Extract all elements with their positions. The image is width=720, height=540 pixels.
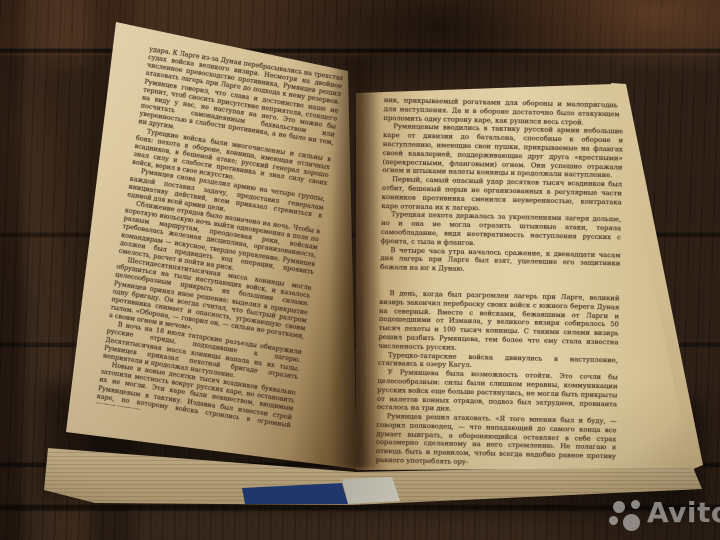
paragraph: Турецкая пехота держалась за укреплениям… (381, 210, 622, 251)
book-gutter-shadow (330, 58, 382, 468)
left-page-text: удара. К Ларге из-за Дуная перебрасывали… (96, 45, 344, 432)
avito-watermark: Avito (600, 492, 720, 536)
avito-logo-dot (609, 516, 618, 525)
avito-watermark-text: Avito (647, 496, 720, 529)
paragraph: Румянцев решил атаковать. «Я того мнения… (376, 412, 617, 470)
paragraph: Румянцевым вводились в тактику русской а… (382, 122, 623, 180)
avito-logo-dot (613, 501, 625, 513)
paragraph: Первый, самый опасный удар десятков тыся… (381, 175, 622, 216)
paragraph: У Румянцева была возможность отойти. Это… (377, 368, 618, 417)
photo-scene: удара. К Ларге из-за Дуная перебрасывали… (0, 0, 720, 540)
paragraph: В день, когда был разгромлен лагерь при … (378, 289, 619, 356)
avito-logo-dot (631, 500, 640, 509)
left-page-number: 34 (96, 404, 102, 414)
right-page-text: ник, прикрываемый рогатками для обороны … (375, 96, 624, 488)
paragraph: В четыре часа утра началось сражение, к … (380, 246, 621, 278)
avito-logo-dot (623, 514, 640, 531)
